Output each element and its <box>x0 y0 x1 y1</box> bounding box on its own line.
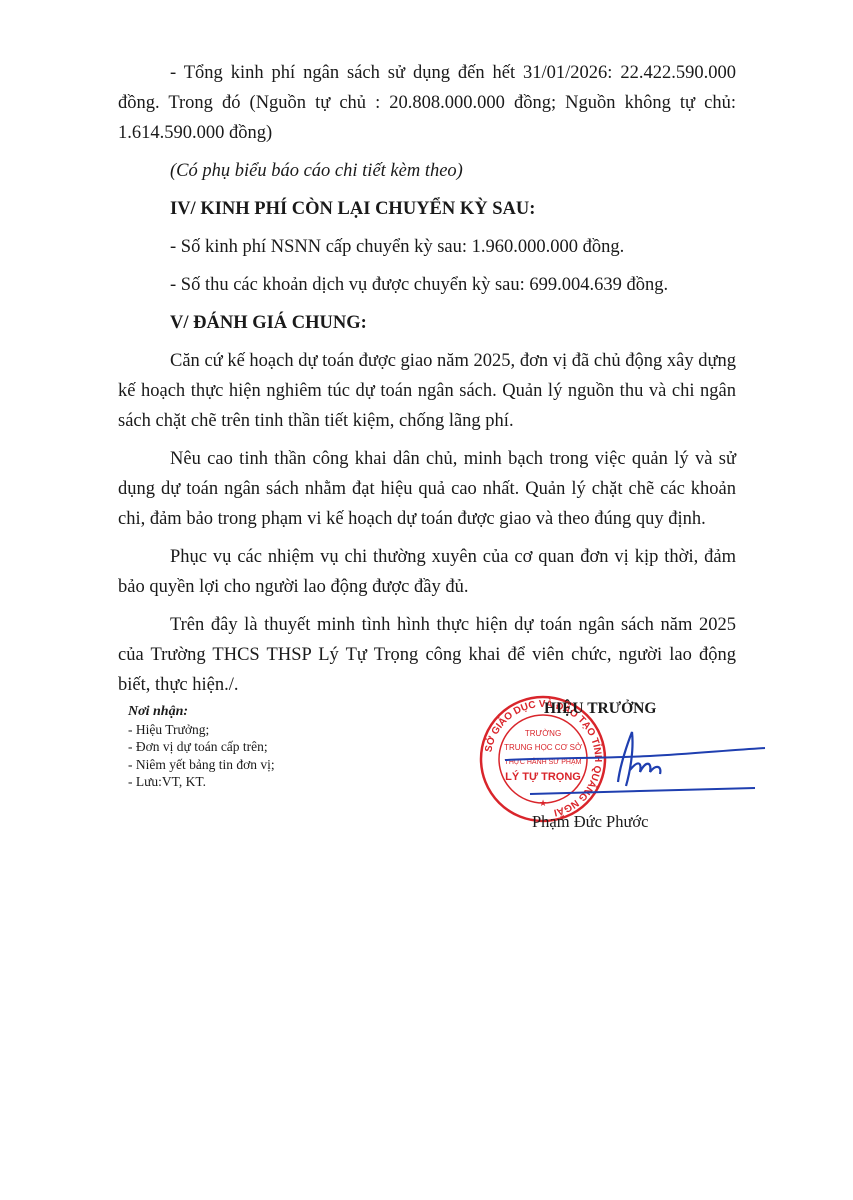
section-5-paragraph: Căn cứ kế hoạch dự toán được giao năm 20… <box>118 346 736 436</box>
signature-title: HIỆU TRƯỞNG <box>544 700 656 718</box>
recipient-item: - Lưu:VT, KT. <box>128 773 275 791</box>
section-5-paragraph: Nêu cao tinh thần công khai dân chủ, min… <box>118 444 736 534</box>
recipients-block: Nơi nhận: - Hiệu Trưởng; - Đơn vị dự toá… <box>128 703 275 791</box>
recipient-item: - Niêm yết bảng tin đơn vị; <box>128 756 275 774</box>
recipient-item: - Đơn vị dự toán cấp trên; <box>128 738 275 756</box>
section-4-item: - Số kinh phí NSNN cấp chuyển kỳ sau: 1.… <box>118 232 736 262</box>
document-body: - Tổng kinh phí ngân sách sử dụng đến hế… <box>118 58 736 700</box>
recipient-item: - Hiệu Trưởng; <box>128 721 275 739</box>
total-budget-paragraph: - Tổng kinh phí ngân sách sử dụng đến hế… <box>118 58 736 148</box>
section-5-paragraph: Trên đây là thuyết minh tình hình thực h… <box>118 610 736 700</box>
document-page: - Tổng kinh phí ngân sách sử dụng đến hế… <box>0 0 853 1200</box>
section-5-paragraph: Phục vụ các nhiệm vụ chi thường xuyên củ… <box>118 542 736 602</box>
section-4-heading: IV/ KINH PHÍ CÒN LẠI CHUYỂN KỲ SAU: <box>118 194 736 224</box>
signer-name: Phạm Đức Phước <box>532 812 648 832</box>
recipients-title: Nơi nhận: <box>128 703 275 721</box>
section-4-item: - Số thu các khoản dịch vụ được chuyển k… <box>118 270 736 300</box>
section-5-heading: V/ ĐÁNH GIÁ CHUNG: <box>118 308 736 338</box>
appendix-note: (Có phụ biểu báo cáo chi tiết kèm theo) <box>118 156 736 186</box>
handwritten-signature <box>490 720 780 820</box>
